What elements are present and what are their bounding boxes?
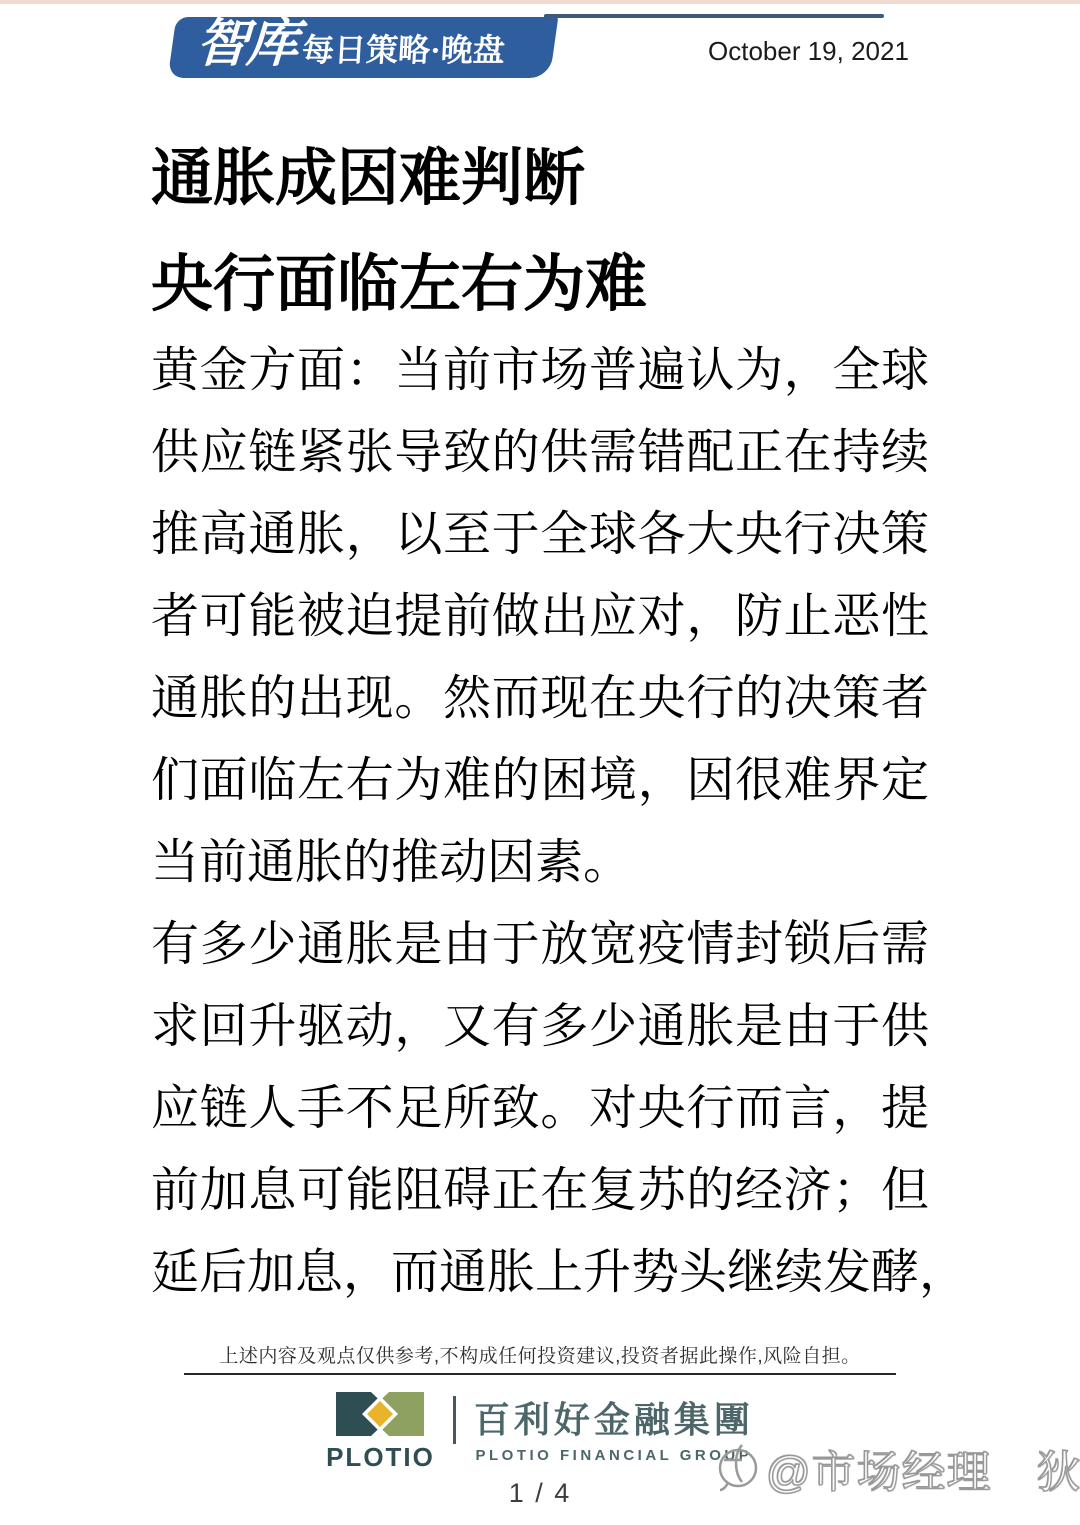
body-line: 们面临左右为难的困境，因很难界定 (151, 740, 929, 822)
body-line: 通胀的出现。然而现在央行的决策者 (151, 658, 929, 740)
newsletter-banner: 智库 每日策略·晚盘 (168, 17, 559, 78)
top-accent-line (0, 0, 1080, 4)
banner-brand-secondary: 每日策略·晚盘 (301, 34, 505, 66)
article-title-line-2: 央行面临左右为难 (151, 232, 647, 338)
body-line: 黄金方面：当前市场普遍认为，全球 (151, 330, 929, 412)
body-line: 供应链紧张导致的供需错配正在持续 (151, 412, 929, 494)
article-title: 通胀成因难判断 央行面临左右为难 (151, 126, 647, 338)
banner-brand-primary: 智库 (195, 19, 298, 71)
plotio-logo-block: PLOTIO (326, 1392, 435, 1473)
body-line: 应链人手不足所致。对央行而言，提 (151, 1068, 929, 1150)
body-line: 当前通胀的推动因素。 (151, 822, 929, 904)
article-body: 黄金方面：当前市场普遍认为，全球 供应链紧张导致的供需错配正在持续 推高通胀，以… (151, 330, 929, 1314)
disclaimer: 上述内容及观点仅供参考,不构成任何投资建议,投资者据此操作,风险自担。 (184, 1341, 896, 1375)
article-title-line-1: 通胀成因难判断 (151, 126, 647, 232)
plotio-english-name: PLOTIO FINANCIAL GROUP (476, 1447, 753, 1464)
body-line: 前加息可能阻碍正在复苏的经济；但 (151, 1150, 929, 1232)
plotio-latin-name: PLOTIO (326, 1442, 435, 1473)
body-line: 求回升驱动，又有多少通胀是由于供 (151, 986, 929, 1068)
body-line: 推高通胀，以至于全球各大央行决策 (151, 494, 929, 576)
disclaimer-text: 上述内容及观点仅供参考,不构成任何投资建议,投资者据此操作,风险自担。 (219, 1346, 860, 1367)
issue-date: October 19, 2021 (708, 36, 909, 67)
watermark-logo-icon (712, 1438, 764, 1499)
body-line: 延后加息，而通胀上升势头继续发酵， (151, 1232, 929, 1314)
header-rule (544, 14, 884, 18)
logo-divider (453, 1396, 456, 1444)
plotio-logo-icon (336, 1392, 424, 1441)
body-line: 有多少通胀是由于放宽疫情封锁后需 (151, 904, 929, 986)
body-line: 者可能被迫提前做出应对，防止恶性 (151, 576, 929, 658)
watermark: @市场经理 狄哥 (712, 1436, 1080, 1500)
watermark-text: @市场经理 狄哥 (766, 1436, 1080, 1500)
